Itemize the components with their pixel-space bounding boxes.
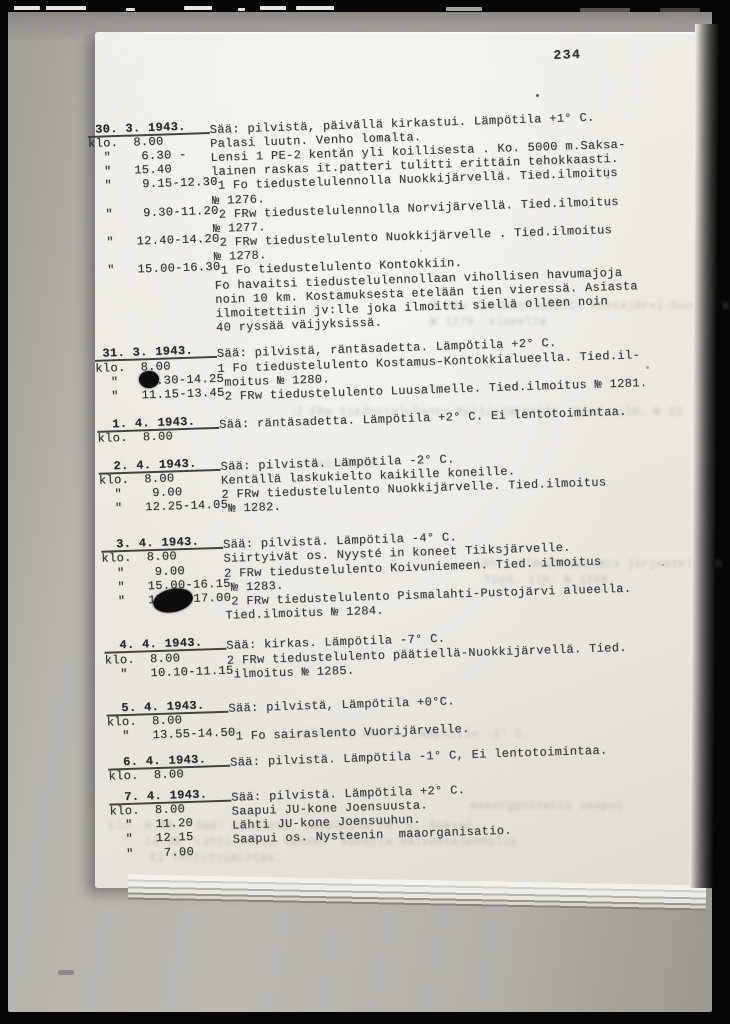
- diary-entry: 5. 4. 1943.Sää: pilvistä, Lämpötila +0°C…: [106, 682, 707, 744]
- time-label: " 12.25-14.05: [100, 498, 229, 516]
- time-label: [94, 317, 216, 335]
- diary-entry: 4. 4. 1943.Sää: kirkas. Lämpötila -7° C.…: [104, 620, 705, 682]
- time-label: " 7.00: [111, 843, 233, 861]
- diary-entry: 31. 3. 1943.Sää: pilvistä, räntäsadetta.…: [95, 328, 697, 404]
- time-label: " 10.10-11.15: [105, 663, 234, 681]
- diary-entry: 3. 4. 1943.Sää: pilvistä. Lämpötila -4° …: [101, 519, 703, 623]
- diary-entry: 1. 4. 1943.Sää: räntäsadetta. Lämpötila …: [97, 399, 698, 447]
- dust-speck: [420, 250, 422, 252]
- time-label: klo. 8.00: [108, 765, 230, 783]
- diary-entry: 2. 4. 1943.Sää: pilvistä. Lämpötila -2° …: [98, 440, 700, 516]
- dust-speck: [607, 177, 609, 179]
- dust-speck: [536, 94, 539, 97]
- document-body: 30. 3. 1943.Sää: pilvistä, päivällä kirk…: [87, 103, 711, 861]
- dust-speck: [646, 366, 649, 369]
- diary-entry: 7. 4. 1943.Sää: pilvistä. Lämpötila +2° …: [109, 771, 711, 861]
- dust-speck: [662, 564, 664, 566]
- diary-entry: 30. 3. 1943.Sää: pilvistä, päivällä kirk…: [87, 103, 694, 335]
- ink-blob: [139, 371, 159, 388]
- typed-text-layer: 234 30. 3. 1943.Sää: pilvistä, päivällä …: [86, 61, 711, 876]
- time-label: klo. 8.00: [97, 428, 219, 446]
- page-number: 234: [553, 48, 581, 63]
- time-label: " 11.15-13.45: [96, 386, 225, 404]
- time-label: " 13.55-14.50: [107, 726, 236, 744]
